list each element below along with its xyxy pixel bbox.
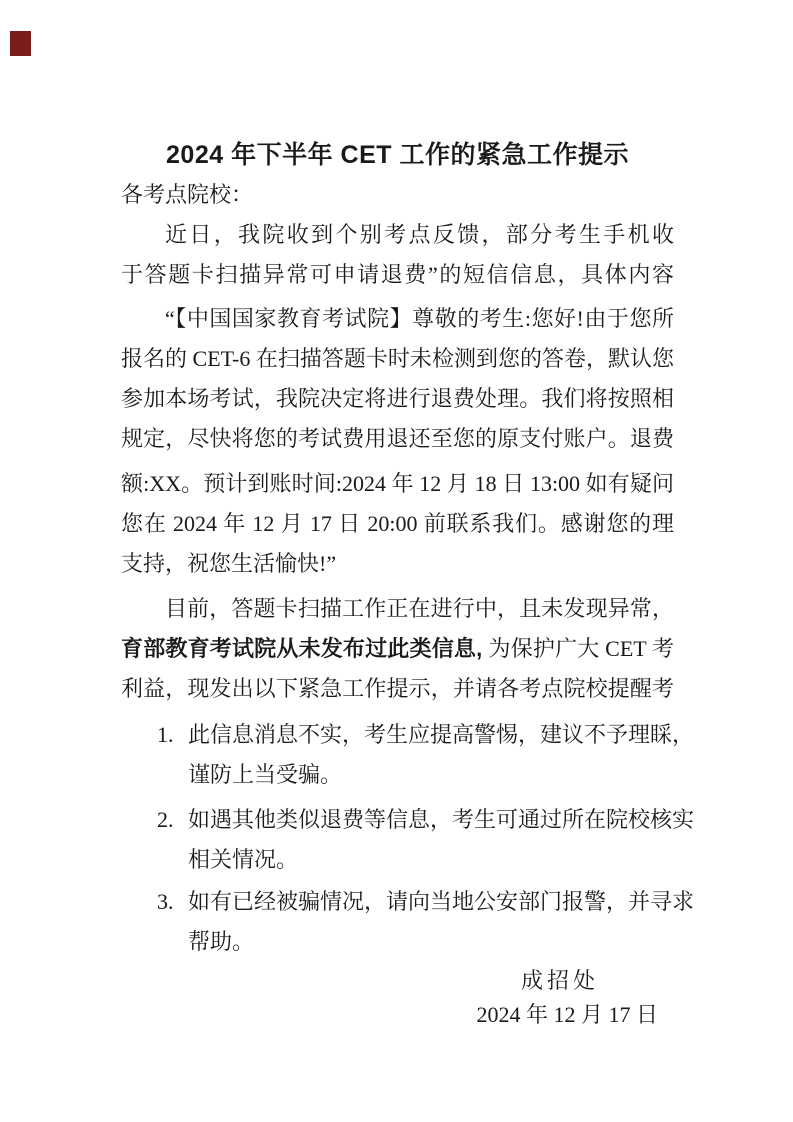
para2-line5: 额:XX。预计到账时间:2024 年 12 月 18 日 13:00 如有疑问请 — [121, 464, 674, 504]
list-item-1-continuation: 谨防上当受骗。 — [121, 755, 674, 795]
para1-line1: 近日，我院收到个别考点反馈，部分考生手机收到“关 — [121, 215, 674, 255]
list-item-2-text: 如遇其他类似退费等信息，考生可通过所在院校核实 — [188, 807, 694, 832]
list-item-3-number: 3. — [157, 882, 174, 922]
para2-line2: 报名的 CET-6 在扫描答题卡时未检测到您的答卷，默认您未 — [121, 339, 674, 379]
para2-line1: “【中国国家教育考试院】尊敬的考生:您好!由于您所 — [121, 299, 674, 339]
list-item-1: 1.此信息消息不实，考生应提高警惕，建议不予理睬， — [121, 715, 674, 755]
document-content: 2024 年下半年 CET 工作的紧急工作提示 各考点院校： 近日，我院收到个别… — [121, 135, 674, 1032]
list-item-3-text: 如有已经被骗情况，请向当地公安部门报警，并寻求 — [188, 889, 694, 914]
signature-name: 成招处 — [121, 964, 674, 998]
list-item-3: 3.如有已经被骗情况，请向当地公安部门报警，并寻求 — [121, 882, 674, 922]
para2-line3: 参加本场考试，我院决定将进行退费处理。我们将按照相关 — [121, 379, 674, 419]
para1-line2: 于答题卡扫描异常可申请退费”的短信信息，具体内容为： — [121, 255, 674, 295]
salutation: 各考点院校： — [121, 175, 674, 215]
list-item-3-continuation: 帮助。 — [121, 922, 674, 962]
para3-line3: 利益，现发出以下紧急工作提示，并请各考点院校提醒考生： — [121, 669, 674, 709]
red-corner-mark — [10, 31, 31, 56]
doc-title: 2024 年下半年 CET 工作的紧急工作提示 — [121, 135, 674, 175]
list-item-1-number: 1. — [157, 715, 174, 755]
para3-line1-normal: 目前，答题卡扫描工作正在进行中，且未发现异常， — [165, 596, 674, 621]
document-page: 2024 年下半年 CET 工作的紧急工作提示 各考点院校： 近日，我院收到个别… — [0, 0, 793, 1122]
list-item-2-number: 2. — [157, 800, 174, 840]
list-item-1-text: 此信息消息不实，考生应提高警惕，建议不予理睬， — [188, 722, 694, 747]
para3-line2: 育部教育考试院从未发布过此类信息, 为保护广大 CET 考生 — [121, 629, 674, 669]
signature-date: 2024 年 12 月 17 日 — [121, 998, 674, 1032]
list-item-2: 2.如遇其他类似退费等信息，考生可通过所在院校核实 — [121, 800, 674, 840]
para2-line6: 您在 2024 年 12 月 17 日 20:00 前联系我们。感谢您的理解与 — [121, 504, 674, 544]
para3-line2-bold: 育部教育考试院从未发布过此类信息, — [121, 636, 489, 661]
para3-line1: 目前，答题卡扫描工作正在进行中，且未发现异常，教 — [121, 589, 674, 629]
list-item-2-continuation: 相关情况。 — [121, 840, 674, 880]
para2-line7: 支持，祝您生活愉快!” — [121, 544, 674, 584]
para2-line4: 规定，尽快将您的考试费用退还至您的原支付账户。退费金 — [121, 419, 674, 459]
